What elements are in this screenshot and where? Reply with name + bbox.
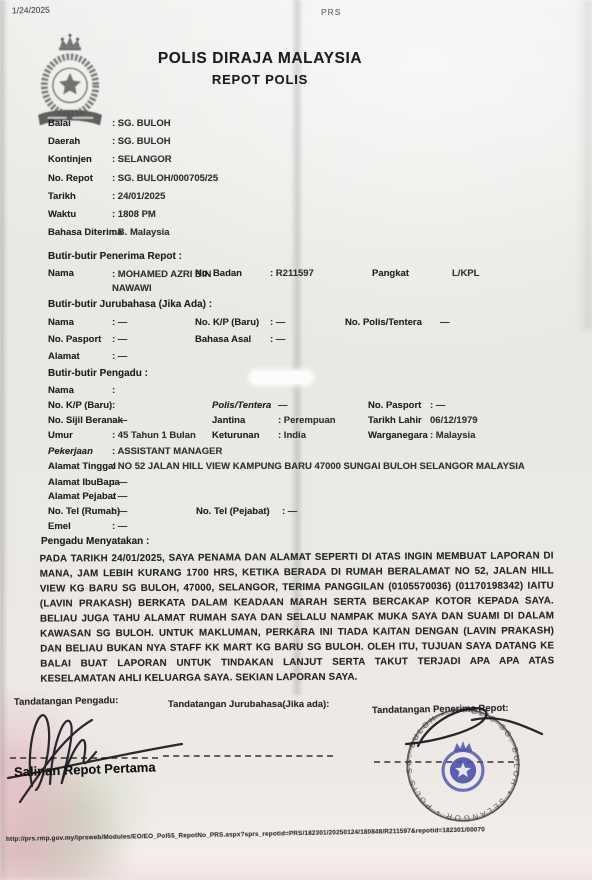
field-label: Bahasa Asal: [195, 334, 251, 345]
handwritten-signature: [2, 686, 192, 808]
field-label: No. Tel (Rumah): [48, 506, 120, 517]
report-info-row: No. Repot: SG. BULOH/000705/25: [48, 173, 218, 191]
field-label: Polis/Tentera: [212, 400, 271, 411]
field-label: Alamat Tinggal: [48, 461, 116, 472]
jurubahasa-row: Nama : — No. K/P (Baru) : — No. Polis/Te…: [48, 317, 578, 332]
right-edge-shadow: [576, 0, 592, 330]
field-label: No. Pasport: [368, 400, 421, 411]
field-label: Tarikh Lahir: [368, 415, 422, 426]
statement-heading: Pengadu Menyatakan :: [41, 536, 149, 547]
field-value: : —: [112, 506, 127, 517]
report-info-row: Daerah: SG. BULOH: [48, 136, 218, 154]
field-value: L/KPL: [452, 268, 479, 279]
field-label: Pangkat: [372, 268, 409, 279]
field-value: : Perempuan: [278, 415, 336, 426]
field-label: Emel: [48, 521, 71, 532]
report-info-section: Balai: SG. BULOH Daerah: SG. BULOH Konti…: [48, 118, 218, 245]
footer-url: http://prs.rmp.gov.my/iprsweb/Modules/EO…: [6, 824, 592, 843]
field-label: Warganegara: [368, 430, 428, 441]
pengadu-row: Nama :: [48, 385, 578, 400]
jurubahasa-row: No. Pasport : — Bahasa Asal : —: [48, 334, 578, 349]
field-label: No. Badan: [195, 268, 242, 279]
pengadu-row: Umur : 45 Tahun 1 Bulan Keturunan : Indi…: [48, 430, 578, 445]
print-tag: PRS: [321, 7, 341, 17]
field-label: Pekerjaan: [48, 446, 93, 457]
report-info-row: Kontinjen: SELANGOR: [48, 154, 218, 172]
field-value: : SELANGOR: [112, 154, 172, 165]
penerima-row: Nama : MOHAMED AZRI BIN NAWAWI No. Badan…: [48, 268, 578, 298]
field-value: : 24/01/2025: [112, 191, 165, 202]
field-label: Kontinjen: [48, 154, 112, 165]
pengadu-row: No. K/P (Baru) : Polis/Tentera — No. Pas…: [48, 400, 578, 415]
field-label: Bahasa Diterima: [48, 227, 112, 238]
page-title: REPOT POLIS: [128, 72, 392, 87]
field-value: : SG. BULOH/000705/25: [112, 173, 218, 184]
org-title: POLIS DIRAJA MALAYSIA: [128, 50, 392, 68]
signature-label-jurubahasa: Tandatangan Jurubahasa(Jika ada):: [168, 699, 329, 710]
field-label: No. Polis/Tentera: [345, 317, 422, 328]
field-value: 06/12/1979: [430, 415, 478, 426]
field-label: Umur: [48, 430, 73, 441]
pengadu-row: Emel : —: [48, 521, 578, 536]
field-label: Tarikh: [48, 191, 112, 202]
pengadu-row: Pekerjaan : ASSISTANT MANAGER: [48, 446, 578, 461]
field-label: Alamat Pejabat: [48, 491, 116, 502]
statement-body: PADA TARIKH 24/01/2025, SAYA PENAMA DAN …: [40, 548, 555, 686]
report-info-row: Balai: SG. BULOH: [48, 118, 218, 136]
field-value: : SG. BULOH: [112, 118, 171, 129]
jurubahasa-row: Alamat : —: [48, 351, 578, 366]
police-report-scan: 1/24/2025 PRS POLIS DIRAJA MALAYSIA REPO…: [0, 0, 592, 880]
report-info-row: Tarikh: 24/01/2025: [48, 191, 218, 209]
field-value: : India: [278, 430, 306, 441]
field-label: Nama: [48, 317, 74, 328]
field-value: —: [440, 317, 450, 328]
field-value: : —: [112, 351, 127, 362]
section-heading-jurubahasa: Butir-butir Jurubahasa (Jika Ada) :: [48, 299, 212, 310]
field-label: No. K/P (Baru): [195, 317, 259, 328]
report-info-row: Bahasa Diterima: B. Malaysia: [48, 227, 218, 245]
field-label: Alamat: [48, 351, 80, 362]
field-value: : —: [112, 491, 127, 502]
field-value: : R211597: [270, 268, 314, 279]
field-label: No. K/P (Baru): [48, 400, 112, 411]
field-value: : —: [112, 415, 127, 426]
bottom-scan-tint: [0, 854, 592, 880]
field-label: Alamat IbuBapa: [48, 477, 120, 488]
field-value: :: [112, 400, 115, 411]
field-label: Keturunan: [212, 430, 260, 441]
report-info-row: Waktu: 1808 PM: [48, 209, 218, 227]
field-value: : —: [112, 521, 127, 532]
field-value: : B. Malaysia: [112, 227, 170, 238]
redaction-mark: [250, 371, 312, 384]
field-value: : SG. BULOH: [112, 136, 171, 147]
field-value: : ASSISTANT MANAGER: [112, 446, 222, 457]
field-value: : 1808 PM: [112, 209, 156, 220]
field-label: Waktu: [48, 209, 112, 220]
field-label: Nama: [48, 385, 74, 396]
field-label: Jantina: [212, 415, 245, 426]
field-label: No. Repot: [48, 173, 112, 184]
field-value: : —: [112, 334, 127, 345]
field-label: No. Pasport: [48, 334, 101, 345]
section-heading-penerima: Butir-butir Penerima Repot :: [48, 251, 182, 262]
field-label: Daerah: [48, 136, 112, 147]
receiver-signature: [396, 700, 548, 770]
field-value: : —: [430, 400, 445, 411]
field-value: : —: [112, 477, 127, 488]
section-heading-pengadu: Butir-butir Pengadu :: [48, 368, 148, 379]
field-value: : —: [270, 334, 285, 345]
document-header: POLIS DIRAJA MALAYSIA REPOT POLIS: [128, 50, 392, 87]
pengadu-row: Alamat IbuBapa : —: [48, 477, 578, 492]
pengadu-row: Alamat Pejabat : —: [48, 491, 578, 506]
field-label: Nama: [48, 268, 74, 279]
field-value: : 45 Tahun 1 Bulan: [112, 430, 196, 441]
field-value: : —: [282, 506, 297, 517]
field-label: No. Tel (Pejabat): [196, 506, 270, 517]
pengadu-row: No. Sijil Beranak : — Jantina : Perempua…: [48, 415, 578, 430]
field-value: : Malaysia: [430, 430, 475, 441]
field-value: : NO 52 JALAN HILL VIEW KAMPUNG BARU 470…: [112, 461, 525, 472]
pengadu-row: Alamat Tinggal : NO 52 JALAN HILL VIEW K…: [48, 461, 578, 476]
print-date: 1/24/2025: [12, 5, 50, 16]
field-label: Balai: [48, 118, 112, 129]
pengadu-row: No. Tel (Rumah) : — No. Tel (Pejabat) : …: [48, 506, 578, 521]
field-value: :: [112, 385, 115, 396]
field-value: : —: [112, 317, 127, 328]
field-value: —: [278, 400, 288, 411]
field-value: : —: [270, 317, 285, 328]
